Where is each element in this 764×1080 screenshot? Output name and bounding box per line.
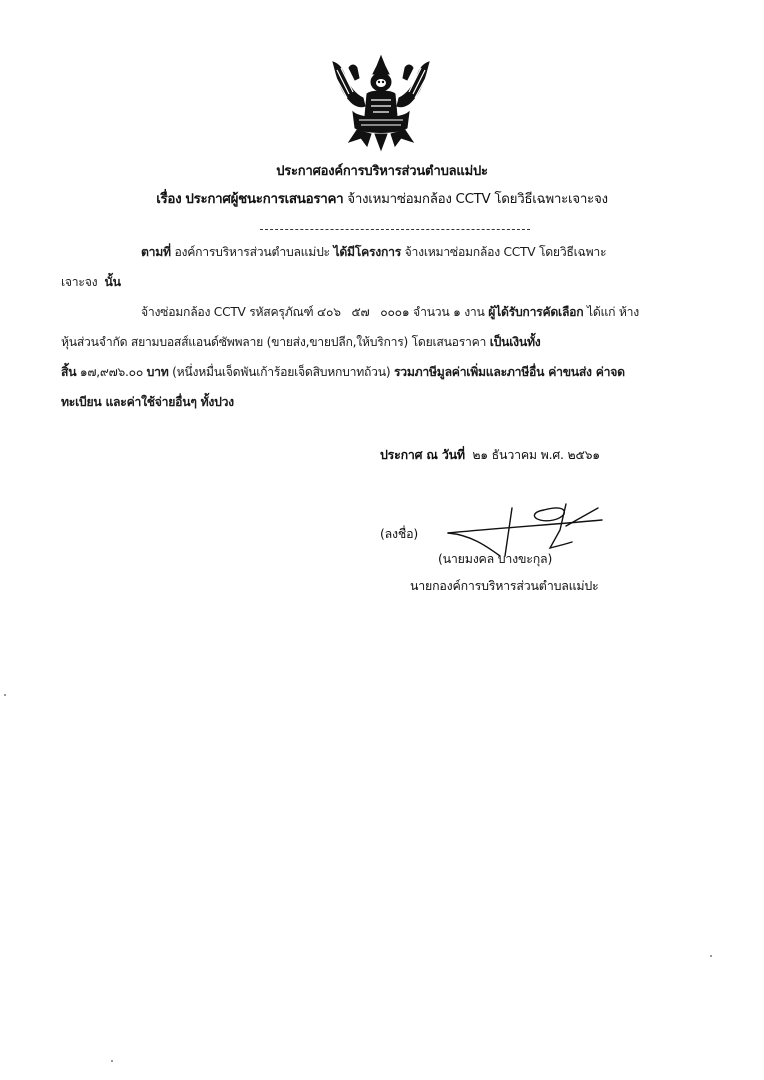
announcement-subject: เรื่อง ประกาศผู้ชนะการเสนอราคา จ้างเหมาซ…	[0, 188, 764, 209]
text: จ้างเหมาซ่อมกล้อง CCTV โดยวิธีเฉพาะ	[405, 245, 607, 259]
text: องค์การบริหารส่วนตำบลแม่ปะ	[174, 245, 329, 259]
sign-label: (ลงชื่อ)	[380, 525, 418, 544]
paragraph2-line4: ทะเบียน และค่าใช้จ่ายอื่นๆ ทั้งปวง	[61, 393, 234, 412]
subject-title-bold: ประกาศผู้ชนะการเสนอราคา	[185, 192, 343, 207]
subject-label: เรื่อง	[156, 192, 181, 207]
text: เจาะจง	[61, 275, 97, 289]
date-label: ประกาศ ณ วันที่	[380, 447, 465, 462]
text-bold: ตามที่	[141, 245, 171, 259]
text-bold: สิ้น	[61, 365, 76, 379]
text: โดยเสนอราคา	[412, 335, 487, 349]
text: หุ้นส่วนจำกัด สยามบอสส์แอนด์ซัพพลาย (ขาย…	[61, 335, 408, 349]
text-bold: เป็นเงินทั้ง	[490, 335, 541, 349]
text-bold: ทะเบียน และค่าใช้จ่ายอื่นๆ ทั้งปวง	[61, 395, 234, 409]
text: ได้แก่ ห้าง	[587, 305, 639, 319]
text: (หนึ่งหมื่นเจ็ดพันเก้าร้อยเจ็ดสิบหกบาทถ้…	[172, 365, 390, 379]
scan-speck	[111, 1060, 113, 1062]
text-bold: รวมภาษีมูลค่าเพิ่มและภาษีอื่น ค่าขนส่ง ค…	[394, 365, 625, 379]
text-bold: ได้มีโครงการ	[333, 245, 401, 259]
scan-speck	[4, 694, 6, 696]
text-bold: นั้น	[105, 275, 121, 289]
announcement-date: ประกาศ ณ วันที่ ๒๑ ธันวาคม พ.ศ. ๒๕๖๑	[380, 446, 600, 465]
dashed-divider	[260, 229, 530, 230]
document-page: ประกาศองค์การบริหารส่วนตำบลแม่ปะ เรื่อง …	[0, 0, 764, 1080]
paragraph2-line3: สิ้น ๑๗,๙๗๖.๐๐ บาท (หนึ่งหมื่นเจ็ดพันเก้…	[61, 363, 625, 382]
scan-speck	[710, 955, 712, 957]
subject-title-rest: จ้างเหมาซ่อมกล้อง CCTV โดยวิธีเฉพาะเจาะจ…	[347, 192, 607, 207]
paragraph2-line1: จ้างซ่อมกล้อง CCTV รหัสครุภัณฑ์ ๔๐๖ ๕๗ ๐…	[141, 303, 639, 322]
text: จ้างซ่อมกล้อง CCTV รหัสครุภัณฑ์ ๔๐๖ ๕๗ ๐…	[141, 305, 485, 319]
announcement-header: ประกาศองค์การบริหารส่วนตำบลแม่ปะ	[0, 160, 764, 181]
garuda-emblem-icon	[327, 54, 435, 154]
signatory-name: (นายมงคล บางขะกุล)	[438, 550, 552, 569]
amount: ๑๗,๙๗๖.๐๐	[80, 365, 143, 379]
paragraph1-line1: ตามที่ องค์การบริหารส่วนตำบลแม่ปะ ได้มีโ…	[141, 243, 606, 262]
text-bold: บาท	[147, 365, 169, 379]
paragraph2-line2: หุ้นส่วนจำกัด สยามบอสส์แอนด์ซัพพลาย (ขาย…	[61, 333, 540, 352]
signatory-position: นายกองค์การบริหารส่วนตำบลแม่ปะ	[410, 577, 599, 596]
date-value: ๒๑ ธันวาคม พ.ศ. ๒๕๖๑	[472, 447, 600, 462]
text-bold: ผู้ได้รับการคัดเลือก	[488, 305, 583, 319]
paragraph1-line2: เจาะจง นั้น	[61, 273, 121, 292]
